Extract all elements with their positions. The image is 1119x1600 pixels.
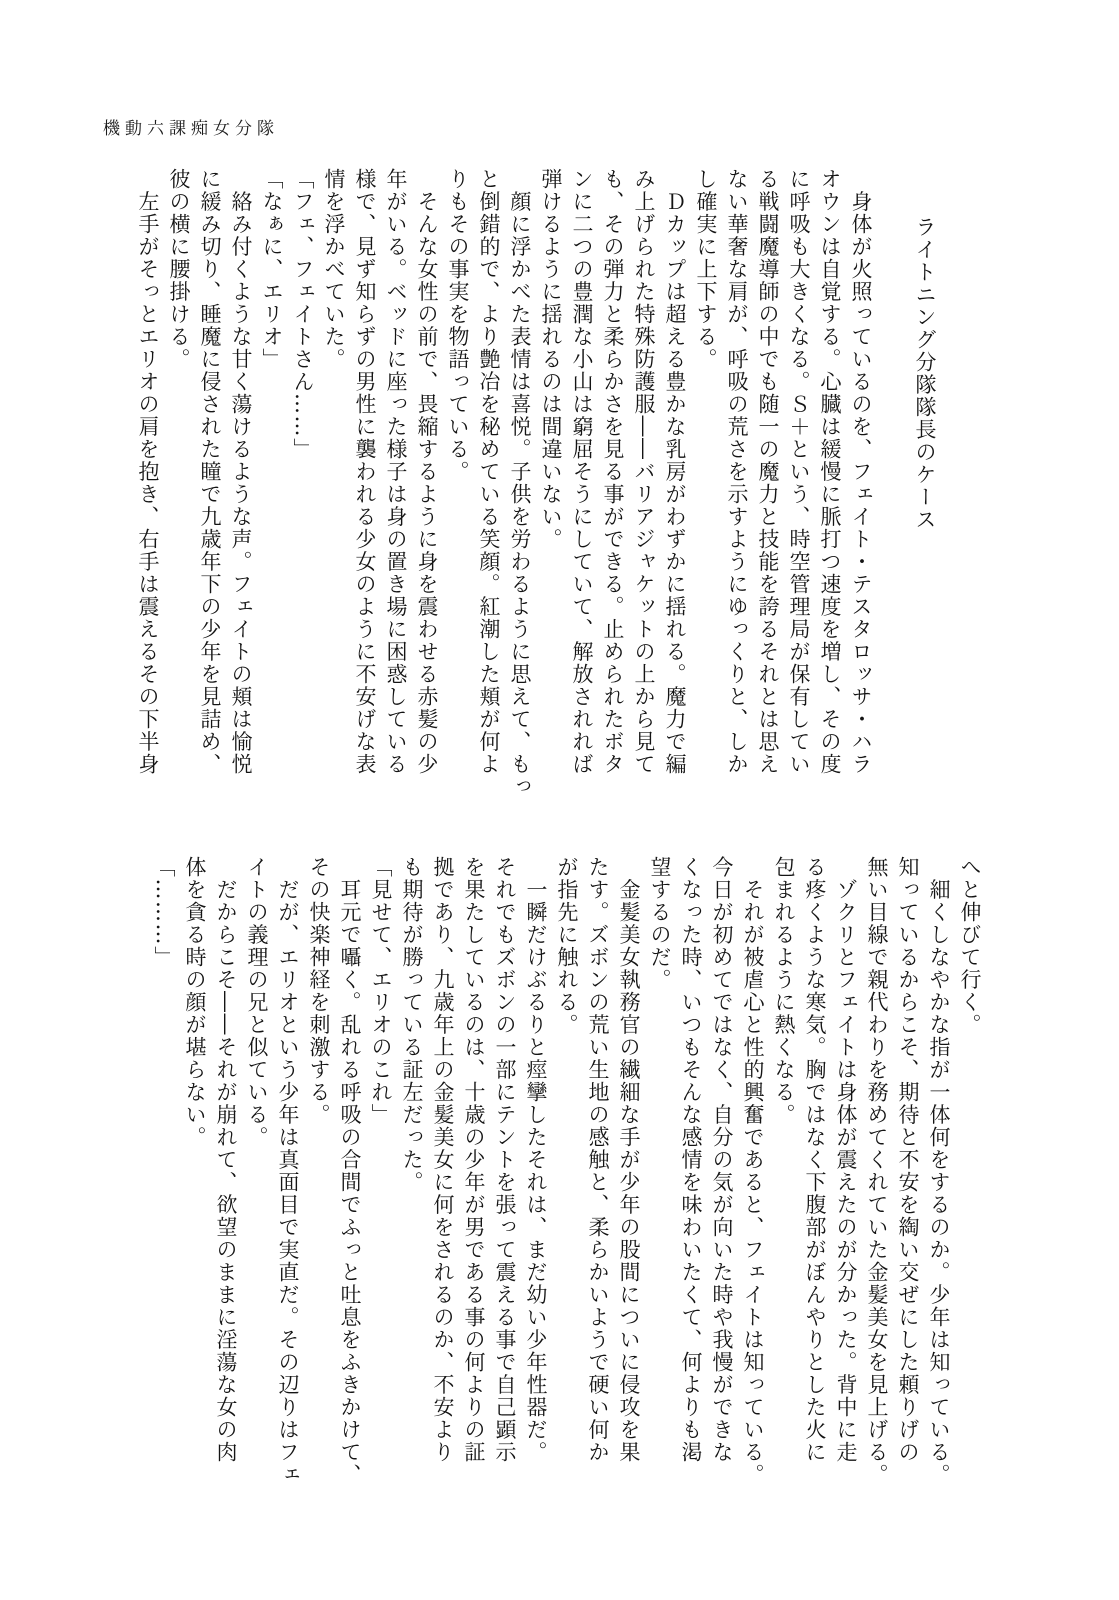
text-column: くなった時、いつもそんな感情を味わいたくて、何よりも渇 [675, 856, 706, 1504]
running-header-series-title: 機動六課痴女分隊 [103, 114, 279, 139]
text-column: ンに二つの豊潤な小山は窮屈そうにしていて、解放されれば [566, 168, 597, 804]
text-column: 年がいる。ベッドに座った様子は身の置き場に困惑している [380, 168, 411, 804]
text-column: 彼の横に腰掛ける。 [163, 168, 194, 804]
text-column: たす。ズボンの荒い生地の感触と、柔らかいようで硬い何か [582, 856, 613, 1504]
text-column: 包まれるように熱くなる。 [768, 856, 799, 1504]
text-column: 今日が初めてではなく、自分の気が向いた時や我慢ができな [706, 856, 737, 1504]
text-column: それでもズボンの一部にテントを張って震える事で自己顕示 [489, 856, 520, 1504]
text-column: 弾けるように揺れるのは間違いない。 [535, 168, 566, 804]
text-column: 様で、見ず知らずの男性に襲われる少女のように不安げな表 [349, 168, 380, 804]
text-column: 一瞬だけぶるりと痙攣したそれは、まだ幼い少年性器だ。 [520, 856, 551, 1504]
text-column: 身体が火照っているのを、フェイト・テスタロッサ・ハラ [845, 168, 876, 804]
text-column: み上げられた特殊防護服――バリアジャケットの上から見て [628, 168, 659, 804]
text-column: と倒錯的で、より艶冶を秘めている笑顔。紅潮した頬が何よ [473, 168, 504, 804]
text-column: 金髪美女執務官の繊細な手が少年の股間についに侵攻を果 [613, 856, 644, 1504]
text-column: る戦闘魔導師の中でも随一の魔力と技能を誇るそれとは思え [752, 168, 783, 804]
bottom-text-columns: へと伸びて行く。 細くしなやかな指が一体何をするのか。少年は知っている。知ってい… [148, 856, 985, 1504]
text-column: 知っているからこそ、期待と不安を綯い交ぜにした頼りげの [892, 856, 923, 1504]
text-column: Ｄカップは超える豊かな乳房がわずかに揺れる。魔力で編 [659, 168, 690, 804]
text-column: 情を浮かべていた。 [318, 168, 349, 804]
text-column: 耳元で囁く。乱れる呼吸の合間でふっと吐息をふきかけて、 [334, 856, 365, 1504]
text-column: も、その弾力と柔らかさを見る事ができる。止められたボタ [597, 168, 628, 804]
text-column: だからこそ――それが崩れて、欲望のままに淫蕩な女の肉 [210, 856, 241, 1504]
text-column: 左手がそっとエリオの肩を抱き、右手は震えるその下半身 [132, 168, 163, 804]
text-column: 「………」 [148, 856, 179, 1504]
chapter-title: ライトニング分隊隊長のケース [909, 168, 940, 804]
text-column: イトの義理の兄と似ている。 [241, 856, 272, 1504]
text-column: その快楽神経を刺激する。 [303, 856, 334, 1504]
text-column: そんな女性の前で、畏縮するように身を震わせる赤髪の少 [411, 168, 442, 804]
text-column: 「見せて、エリオのこれ」 [365, 856, 396, 1504]
text-column: る疼くような寒気。胸ではなく下腹部がぼんやりとした火に [799, 856, 830, 1504]
text-column: へと伸びて行く。 [954, 856, 985, 1504]
text-column: 拠であり、九歳年上の金髪美女に何をされるのか、不安より [427, 856, 458, 1504]
text-column: 細くしなやかな指が一体何をするのか。少年は知っている。 [923, 856, 954, 1504]
top-half-text-block: ライトニング分隊隊長のケース 身体が火照っているのを、フェイト・テスタロッサ・ハ… [132, 168, 940, 804]
text-column: だが、エリオという少年は真面目で実直だ。その辺りはフェ [272, 856, 303, 1504]
text-column: に呼吸も大きくなる。Ｓ＋という、時空管理局が保有してい [783, 168, 814, 804]
text-column: し確実に上下する。 [690, 168, 721, 804]
text-column: それが被虐心と性的興奮であると、フェイトは知っている。 [737, 856, 768, 1504]
text-column: 無い目線で親代わりを務めてくれていた金髪美女を見上げる。 [861, 856, 892, 1504]
text-column: 「フェ、フェイトさん……」 [287, 168, 318, 804]
bottom-half-text-block: へと伸びて行く。 細くしなやかな指が一体何をするのか。少年は知っている。知ってい… [148, 856, 985, 1504]
text-column: も期待が勝っている証左だった。 [396, 856, 427, 1504]
text-column: 絡み付くような甘く蕩けるような声。フェイトの頬は愉悦 [225, 168, 256, 804]
text-column: ない華奢な肩が、呼吸の荒さを示すようにゆっくりと、しか [721, 168, 752, 804]
text-column: ゾクリとフェイトは身体が震えたのが分かった。背中に走 [830, 856, 861, 1504]
text-column: りもその事実を物語っている。 [442, 168, 473, 804]
text-column: 望するのだ。 [644, 856, 675, 1504]
top-text-columns: 身体が火照っているのを、フェイト・テスタロッサ・ハラオウンは自覚する。心臓は緩慢… [132, 168, 876, 804]
text-column: に緩み切り、睡魔に侵された瞳で九歳年下の少年を見詰め、 [194, 168, 225, 804]
text-column: を果たしているのは、十歳の少年が男である事の何よりの証 [458, 856, 489, 1504]
text-column: が指先に触れる。 [551, 856, 582, 1504]
text-column: 「なぁに、エリオ」 [256, 168, 287, 804]
scanned-novel-page: 機動六課痴女分隊 ライトニング分隊隊長のケース 身体が火照っているのを、フェイト… [0, 0, 1119, 1600]
text-column: オウンは自覚する。心臓は緩慢に脈打つ速度を増し、その度 [814, 168, 845, 804]
text-column: 顔に浮かべた表情は喜悦。子供を労わるように思えて、もっ [504, 168, 535, 804]
text-column: 体を貪る時の顔が堪らない。 [179, 856, 210, 1504]
